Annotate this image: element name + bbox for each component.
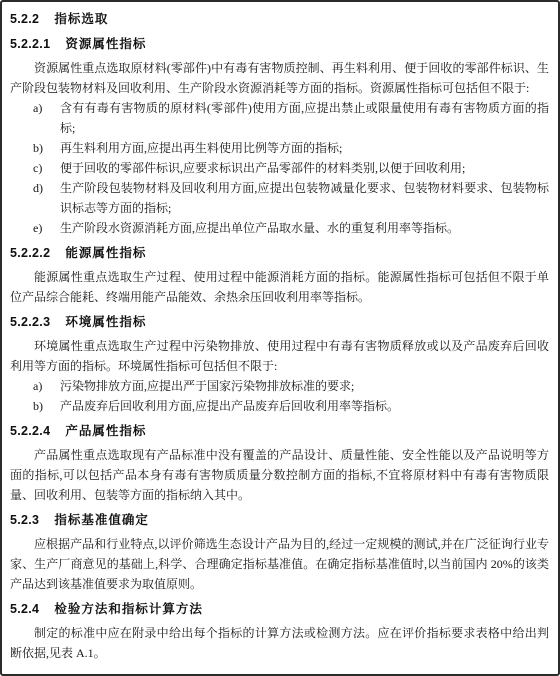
clause-number: 5.2.2.3 [10,312,50,332]
clause-title: 能源属性指标 [65,243,146,263]
list-item: c) 便于回收的零部件标识,应要求标识出产品零部件的材料类别,以便于回收利用; [33,158,549,178]
list-marker: c) [33,158,60,178]
list-item-text: 便于回收的零部件标识,应要求标识出产品零部件的材料类别,以便于回收利用; [60,158,549,178]
clause-heading: 5.2.2.2 能源属性指标 [10,243,549,263]
list-item: e) 生产阶段水资源消耗方面,应提出单位产品取水量、水的重复利用率等指标。 [33,218,549,238]
clause-heading: 5.2.2.4 产品属性指标 [10,421,549,441]
document-page: 5.2.2 指标选取 5.2.2.1 资源属性指标 资源属性重点选取原材料(零部… [0,0,560,676]
clause-number: 5.2.2.2 [10,243,50,263]
paragraph: 应根据产品和行业特点,以评价筛选生态设计产品为目的,经过一定规模的测试,并在广泛… [10,534,549,594]
list-marker: e) [33,218,60,238]
paragraph: 能源属性重点选取生产过程、使用过程中能源消耗方面的指标。能源属性指标可包括但不限… [10,267,549,307]
clause-number: 5.2.2 [10,9,39,29]
clause-heading: 5.2.2.3 环境属性指标 [10,312,549,332]
lettered-list: a) 污染物排放方面,应提出严于国家污染物排放标准的要求; b) 产品废弃后回收… [10,376,549,416]
lettered-list: a) 含有有毒有害物质的原材料(零部件)使用方面,应提出禁止或限量使用有毒有害物… [10,98,549,238]
paragraph: 制定的标准中应在附录中给出每个指标的计算方法或检测方法。应在评价指标要求表格中给… [10,623,549,663]
list-item-text: 产品废弃后回收利用方面,应提出产品废弃后回收利用率等指标。 [60,396,549,416]
list-marker: b) [33,138,60,158]
clause-5-2-4: 5.2.4 检验方法和指标计算方法 制定的标准中应在附录中给出每个指标的计算方法… [10,599,549,663]
list-item-text: 含有有毒有害物质的原材料(零部件)使用方面,应提出禁止或限量使用有毒有害物质方面… [60,98,549,138]
list-marker: a) [33,376,60,396]
clause-title: 资源属性指标 [65,34,146,54]
list-marker: b) [33,396,60,416]
clause-title: 产品属性指标 [65,421,146,441]
list-item: a) 含有有毒有害物质的原材料(零部件)使用方面,应提出禁止或限量使用有毒有害物… [33,98,549,138]
clause-heading: 5.2.2.1 资源属性指标 [10,34,549,54]
clause-heading: 5.2.2 指标选取 [10,9,549,29]
paragraph: 环境属性重点选取生产过程中污染物排放、使用过程中有毒有害物质释放或以及产品废弃后… [10,336,549,376]
clause-heading: 5.2.4 检验方法和指标计算方法 [10,599,549,619]
clause-5-2-2-3: 5.2.2.3 环境属性指标 环境属性重点选取生产过程中污染物排放、使用过程中有… [10,312,549,416]
clause-title: 环境属性指标 [65,312,146,332]
list-item-text: 生产阶段水资源消耗方面,应提出单位产品取水量、水的重复利用率等指标。 [60,218,549,238]
list-marker: a) [33,98,60,138]
clause-title: 检验方法和指标计算方法 [54,599,203,619]
list-item: a) 污染物排放方面,应提出严于国家污染物排放标准的要求; [33,376,549,396]
clause-title: 指标基准值确定 [54,510,149,530]
list-item: d) 生产阶段包装物材料及回收利用方面,应提出包装物减量化要求、包装物材料要求、… [33,178,549,218]
list-marker: d) [33,178,60,218]
clause-heading: 5.2.3 指标基准值确定 [10,510,549,530]
clause-5-2-2: 5.2.2 指标选取 [10,9,549,29]
clause-5-2-2-2: 5.2.2.2 能源属性指标 能源属性重点选取生产过程、使用过程中能源消耗方面的… [10,243,549,307]
clause-number: 5.2.2.4 [10,421,50,441]
clause-5-2-2-4: 5.2.2.4 产品属性指标 产品属性重点选取现有产品标准中没有覆盖的产品设计、… [10,421,549,505]
clause-number: 5.2.2.1 [10,34,50,54]
paragraph: 资源属性重点选取原材料(零部件)中有毒有害物质控制、再生料利用、便于回收的零部件… [10,58,549,98]
clause-number: 5.2.3 [10,510,39,530]
list-item: b) 产品废弃后回收利用方面,应提出产品废弃后回收利用率等指标。 [33,396,549,416]
clause-number: 5.2.4 [10,599,39,619]
list-item-text: 生产阶段包装物材料及回收利用方面,应提出包装物减量化要求、包装物材料要求、包装物… [60,178,549,218]
clause-title: 指标选取 [54,9,108,29]
clause-5-2-2-1: 5.2.2.1 资源属性指标 资源属性重点选取原材料(零部件)中有毒有害物质控制… [10,34,549,238]
clause-5-2-3: 5.2.3 指标基准值确定 应根据产品和行业特点,以评价筛选生态设计产品为目的,… [10,510,549,594]
list-item: b) 再生料利用方面,应提出再生料使用比例等方面的指标; [33,138,549,158]
list-item-text: 再生料利用方面,应提出再生料使用比例等方面的指标; [60,138,549,158]
paragraph: 产品属性重点选取现有产品标准中没有覆盖的产品设计、质量性能、安全性能以及产品说明… [10,445,549,505]
list-item-text: 污染物排放方面,应提出严于国家污染物排放标准的要求; [60,376,549,396]
